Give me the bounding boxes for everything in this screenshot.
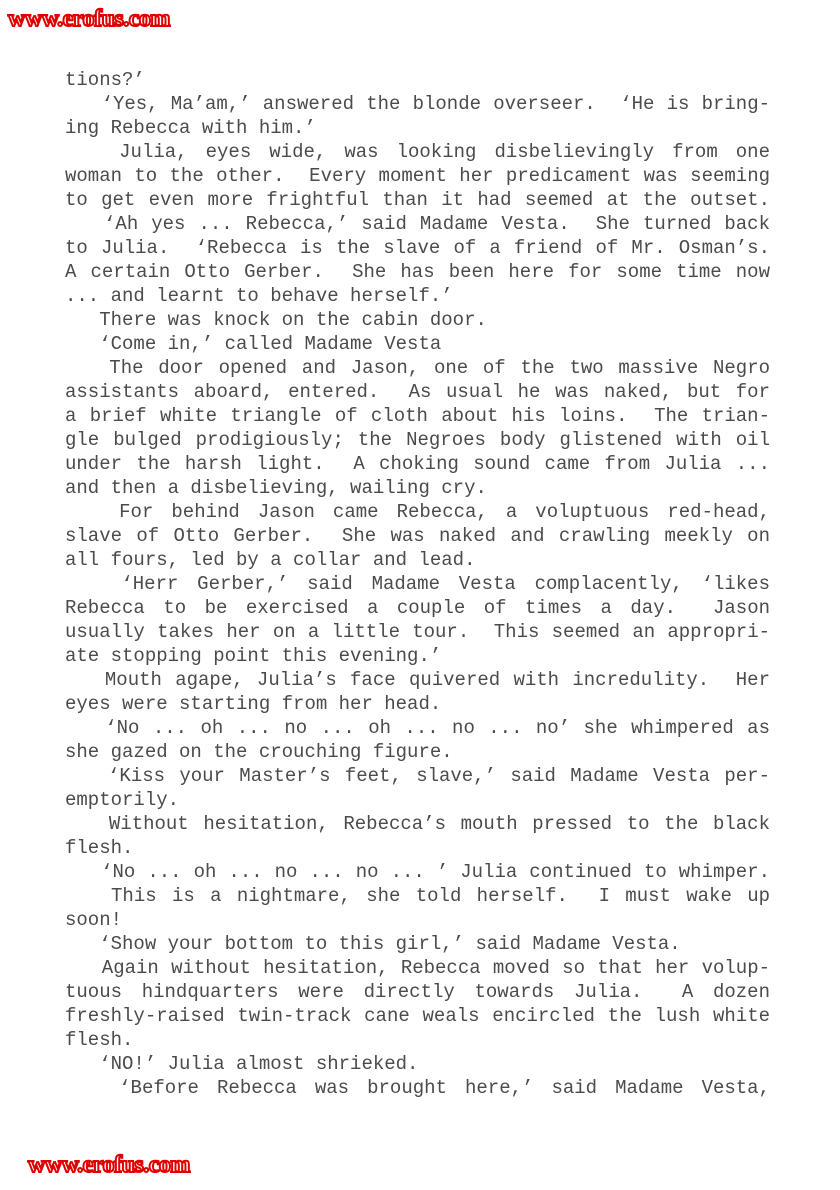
text-line: Rebecca to be exercised a couple of time… xyxy=(65,596,770,620)
text-line: ‘No ... oh ... no ... oh ... no ... no’ … xyxy=(65,716,770,740)
text-line: Mouth agape, Julia’s face quivered with … xyxy=(65,668,770,692)
text-line: gle bulged prodigiously; the Negroes bod… xyxy=(65,428,770,452)
text-line: emptorily. xyxy=(65,788,770,812)
text-line: Again without hesitation, Rebecca moved … xyxy=(65,956,770,980)
page-text: tions?’ ‘Yes, Ma’am,’ answered the blond… xyxy=(65,68,770,1100)
text-line: to get even more frightful than it had s… xyxy=(65,188,770,212)
text-line: and then a disbelieving, wailing cry. xyxy=(65,476,770,500)
text-line: ing Rebecca with him.’ xyxy=(65,116,770,140)
text-line: There was knock on the cabin door. xyxy=(65,308,770,332)
text-line: ‘NO!’ Julia almost shrieked. xyxy=(65,1052,770,1076)
text-line: A certain Otto Gerber. She has been here… xyxy=(65,260,770,284)
text-line: ‘Kiss your Master’s feet, slave,’ said M… xyxy=(65,764,770,788)
text-line: slave of Otto Gerber. She was naked and … xyxy=(65,524,770,548)
text-line: ‘Herr Gerber,’ said Madame Vesta complac… xyxy=(65,572,770,596)
text-line: a brief white triangle of cloth about hi… xyxy=(65,404,770,428)
text-line: ‘Before Rebecca was brought here,’ said … xyxy=(65,1076,770,1100)
text-line: flesh. xyxy=(65,836,770,860)
text-line: For behind Jason came Rebecca, a voluptu… xyxy=(65,500,770,524)
text-line: ‘Come in,’ called Madame Vesta xyxy=(65,332,770,356)
text-line: Julia, eyes wide, was looking disbelievi… xyxy=(65,140,770,164)
text-line: assistants aboard, entered. As usual he … xyxy=(65,380,770,404)
text-line: tuous hindquarters were directly towards… xyxy=(65,980,770,1004)
text-line: under the harsh light. A choking sound c… xyxy=(65,452,770,476)
text-line: ate stopping point this evening.’ xyxy=(65,644,770,668)
text-line: to Julia. ‘Rebecca is the slave of a fri… xyxy=(65,236,770,260)
text-line: ‘Yes, Ma’am,’ answered the blonde overse… xyxy=(65,92,770,116)
text-line: This is a nightmare, she told herself. I… xyxy=(65,884,770,908)
text-line: ‘Show your bottom to this girl,’ said Ma… xyxy=(65,932,770,956)
text-line: ... and learnt to behave herself.’ xyxy=(65,284,770,308)
text-line: ‘Ah yes ... Rebecca,’ said Madame Vesta.… xyxy=(65,212,770,236)
text-line: ‘No ... oh ... no ... no ... ’ Julia con… xyxy=(65,860,770,884)
watermark-top: www.erofus.com xyxy=(8,6,170,32)
text-line: flesh. xyxy=(65,1028,770,1052)
watermark-bottom: www.erofus.com xyxy=(28,1152,190,1178)
text-line: soon! xyxy=(65,908,770,932)
text-line: she gazed on the crouching figure. xyxy=(65,740,770,764)
text-line: tions?’ xyxy=(65,68,770,92)
text-line: all fours, led by a collar and lead. xyxy=(65,548,770,572)
text-line: The door opened and Jason, one of the tw… xyxy=(65,356,770,380)
text-line: woman to the other. Every moment her pre… xyxy=(65,164,770,188)
text-line: Without hesitation, Rebecca’s mouth pres… xyxy=(65,812,770,836)
text-line: freshly-raised twin-track cane weals enc… xyxy=(65,1004,770,1028)
document-page: www.erofus.com tions?’ ‘Yes, Ma’am,’ ans… xyxy=(0,0,840,1190)
text-line: eyes were starting from her head. xyxy=(65,692,770,716)
text-line: usually takes her on a little tour. This… xyxy=(65,620,770,644)
